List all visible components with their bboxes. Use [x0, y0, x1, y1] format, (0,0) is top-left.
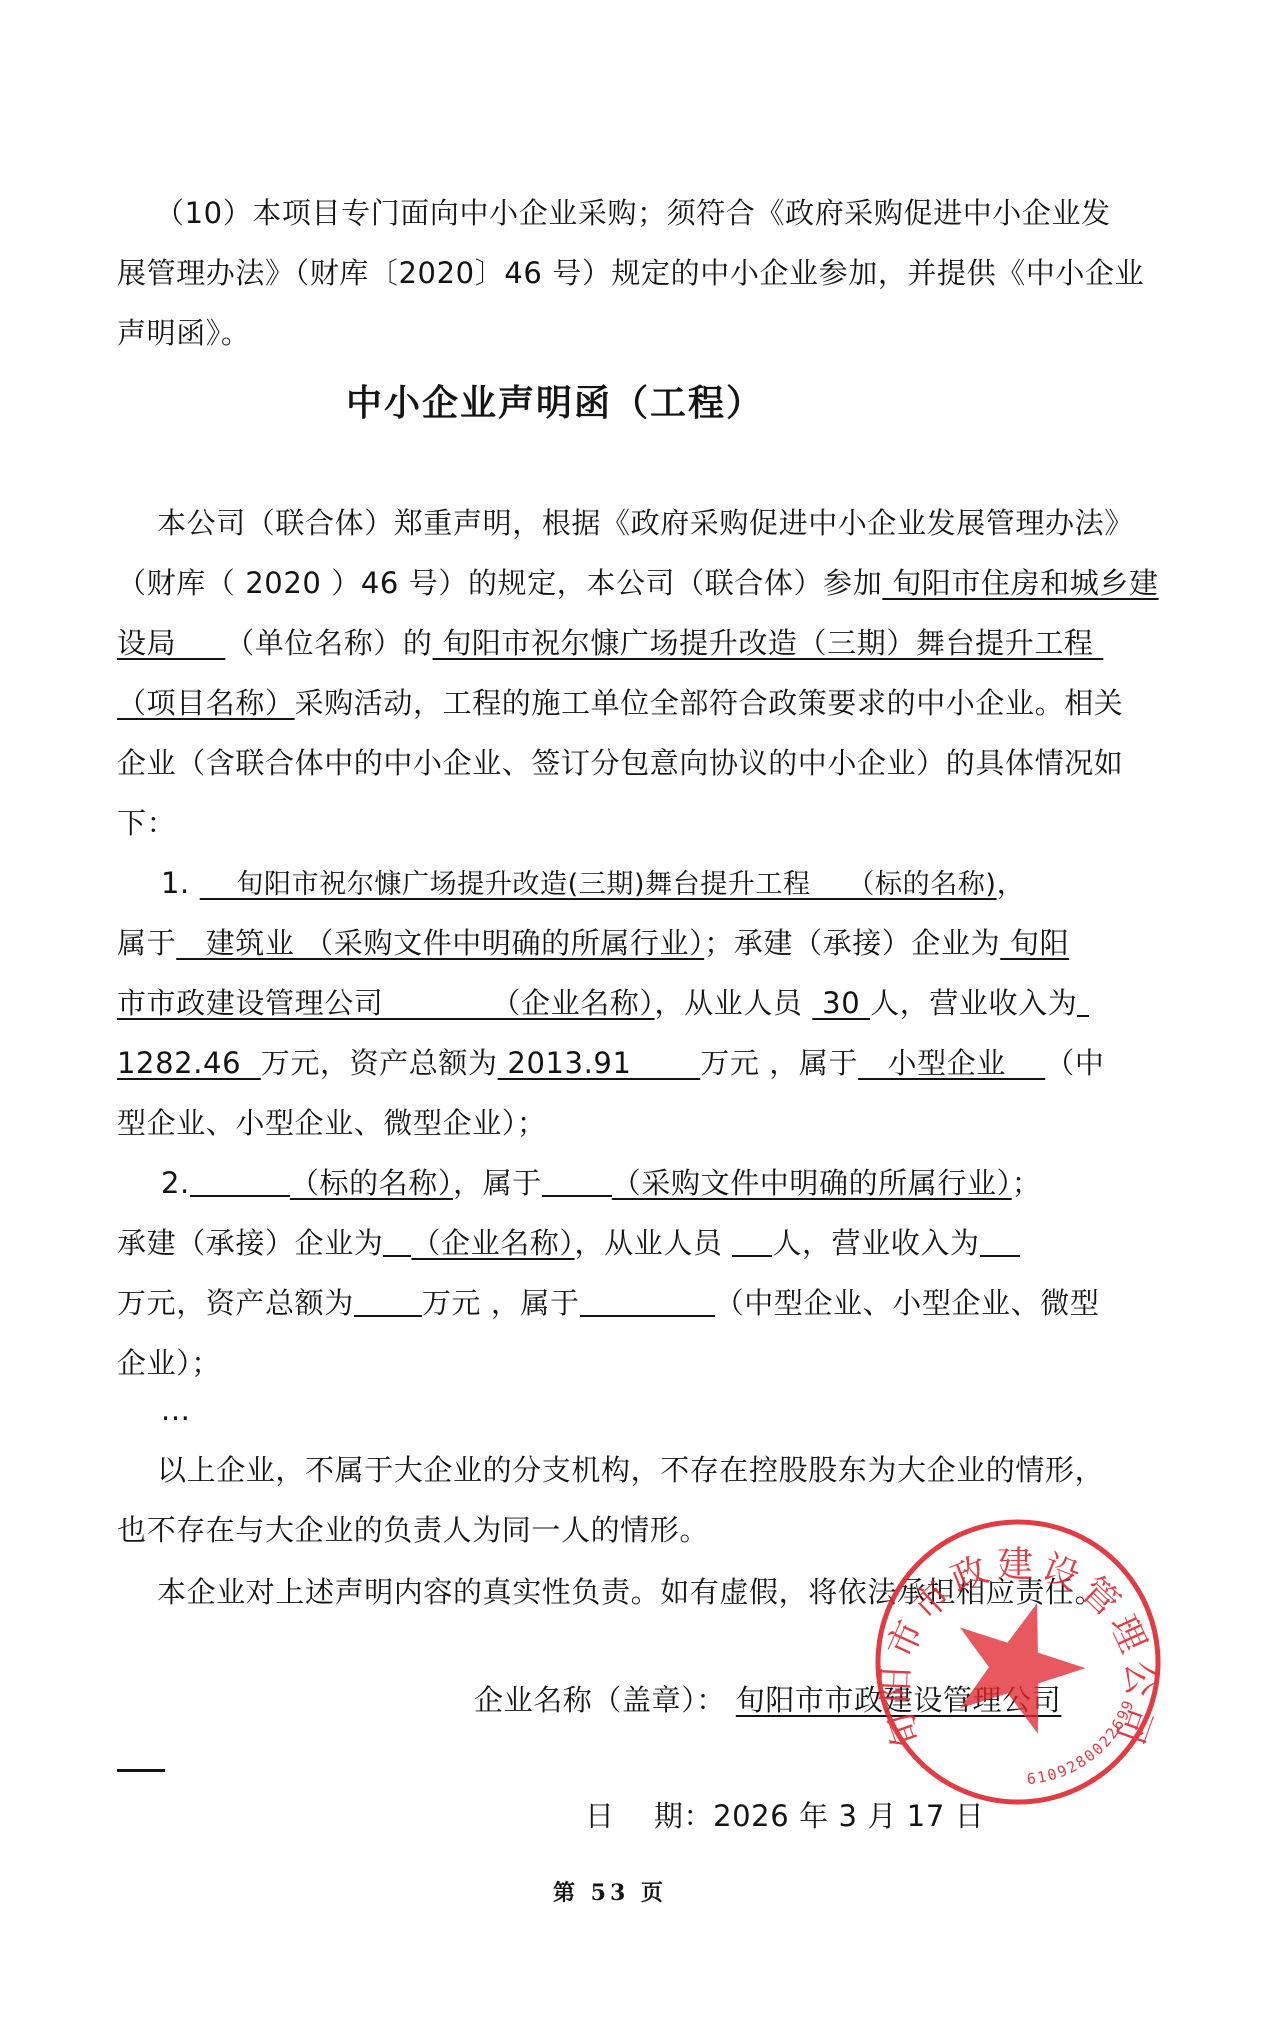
project-name-fill: 旬阳市祝尔慷广场提升改造（三期）舞台提升工程	[433, 626, 1104, 660]
item1-subject-fill: 旬阳市祝尔慷广场提升改造(三期)舞台提升工程 （标的名称)	[200, 869, 997, 900]
purchaser-fill: 旬阳市住房和城乡建	[882, 566, 1158, 600]
item1-text: ，从业人员	[655, 986, 813, 1020]
declaration-text: 采购活动，工程的施工单位全部符合政策要求的中小企业。相关	[295, 686, 1124, 720]
item1-industry-fill: 建筑业 （采购文件中明确的所属行业）	[176, 926, 704, 960]
item2-line-2: 承建（承接）企业为（企业名称），从业人员 人，营业收入为	[117, 1223, 1047, 1263]
item2-subject-blank	[190, 1165, 290, 1197]
item2-text: 万元 ，属于	[422, 1286, 580, 1320]
date-label: 日 期：	[585, 1799, 713, 1833]
item2-industry-label: （采购文件中明确的所属行业）	[612, 1166, 1012, 1200]
item1-line-3: 市市政建设管理公司 （企业名称），从业人员 30 人，营业收入为	[117, 983, 1047, 1023]
item1-size-fill: 小型企业	[858, 1046, 1045, 1080]
item2-line-3: 万元，资产总额为万元 ，属于（中型企业、小型企业、微型	[117, 1283, 1047, 1323]
declaration-text: （财库（ 2020 ）46 号）的规定，本公司（联合体）参加	[117, 566, 882, 600]
item2-company-blank	[383, 1225, 411, 1257]
item2-company-label: （企业名称）	[411, 1226, 574, 1260]
item1-line-4: 1282.46 万元，资产总额为 2013.91 万元 ，属于 小型企业 （中	[117, 1043, 1047, 1083]
closing-line-2: 也不存在与大企业的负责人为同一人的情形。	[117, 1510, 1047, 1550]
closing-line-3: 本企业对上述声明内容的真实性负责。如有虚假，将依法承担相应责任。	[117, 1572, 1047, 1612]
item2-subject-label: （标的名称）	[290, 1166, 453, 1200]
date-line: 日 期：2026 年 3 月 17 日	[585, 1796, 1085, 1836]
item2-line-4: 企业）；	[117, 1343, 1047, 1383]
declaration-line-3: 设局 （单位名称）的 旬阳市祝尔慷广场提升改造（三期）舞台提升工程	[117, 623, 1047, 663]
declaration-line-5: 企业（含联合体中的中小企业、签订分包意向协议的中小企业）的具体情况如	[117, 743, 1047, 783]
item1-text: 万元 ，属于	[700, 1046, 858, 1080]
intro-line-2: 展管理办法》（财库〔2020〕46 号）规定的中小企业参加，并提供《中小企业	[117, 253, 1047, 293]
signature-line: 企业名称（盖章）： 旬阳市市政建设管理公司	[474, 1680, 1074, 1720]
intro-line-1: （10）本项目专门面向中小企业采购；须符合《政府采购促进中小企业发	[117, 193, 1047, 233]
item2-employees-blank	[732, 1225, 772, 1257]
ellipsis: ...	[117, 1390, 1047, 1430]
declaration-line-6: 下：	[117, 803, 1047, 843]
declaration-line-4: （项目名称）采购活动，工程的施工单位全部符合政策要求的中小企业。相关	[117, 683, 1047, 723]
item2-size-blank	[580, 1285, 715, 1317]
closing-line-1: 以上企业，不属于大企业的分支机构，不存在控股股东为大企业的情形，	[117, 1450, 1047, 1490]
item2-line-1: 2.（标的名称），属于（采购文件中明确的所属行业）；	[117, 1163, 1047, 1203]
item2-text: 人，营业收入为	[772, 1226, 979, 1260]
item1-text: 万元，资产总额为	[261, 1046, 498, 1080]
item1-text: ；承建（承接）企业为	[704, 926, 1000, 960]
item1-line-5: 型企业、小型企业、微型企业）；	[117, 1103, 1047, 1143]
declaration-line-2: （财库（ 2020 ）46 号）的规定，本公司（联合体）参加 旬阳市住房和城乡建	[117, 563, 1047, 603]
item1-revenue-blank	[1077, 985, 1089, 1017]
item1-line-2: 属于 建筑业 （采购文件中明确的所属行业）；承建（承接）企业为 旬阳	[117, 923, 1047, 963]
intro-line-3: 声明函》。	[117, 313, 1047, 353]
purchaser-fill-cont: 设局	[117, 626, 225, 660]
item2-text: （中型企业、小型企业、微型	[715, 1286, 1100, 1320]
signature-company: 旬阳市市政建设管理公司	[736, 1683, 1062, 1717]
item2-text: ，从业人员	[575, 1226, 733, 1260]
item1-assets-fill: 2013.91	[498, 1046, 701, 1080]
item1-number: 1.	[161, 866, 190, 900]
item2-industry-blank	[542, 1165, 612, 1197]
item1-line-1: 1. 旬阳市祝尔慷广场提升改造(三期)舞台提升工程 （标的名称)，	[117, 863, 1047, 903]
item1-revenue-fill: 1282.46	[117, 1046, 261, 1080]
item1-employees-fill: 30	[812, 986, 870, 1020]
declaration-line-1: 本公司（联合体）郑重声明，根据《政府采购促进中小企业发展管理办法》	[117, 503, 1047, 543]
company-seal-icon: 旬阳市市政建设管理公司 6109280022699	[868, 1512, 1168, 1812]
item2-text: ，属于	[453, 1166, 542, 1200]
item1-text: （中	[1045, 1046, 1104, 1080]
item1-company-fill: 旬阳	[1000, 926, 1069, 960]
page-number: 第 53 页	[553, 1876, 667, 1907]
date-value: 2026 年 3 月 17 日	[713, 1799, 984, 1833]
unit-name-label: （单位名称）的	[225, 626, 432, 660]
item1-text: 人，营业收入为	[870, 986, 1077, 1020]
signature-label: 企业名称（盖章）：	[474, 1683, 726, 1717]
item2-text: ；	[1012, 1166, 1042, 1200]
item1-text: ，	[997, 866, 1027, 900]
item2-revenue-blank	[980, 1225, 1020, 1257]
item2-text: 万元，资产总额为	[117, 1286, 354, 1320]
item1-text: 属于	[117, 926, 176, 960]
item2-assets-blank	[354, 1285, 422, 1317]
item2-text: 承建（承接）企业为	[117, 1226, 383, 1260]
project-name-label: （项目名称）	[117, 686, 295, 720]
item1-company-fill-cont: 市市政建设管理公司 （企业名称）	[117, 986, 655, 1020]
page-title: 中小企业声明函（工程）	[0, 381, 1280, 427]
item2-number: 2.	[161, 1166, 190, 1200]
signature-dash	[117, 1769, 165, 1772]
